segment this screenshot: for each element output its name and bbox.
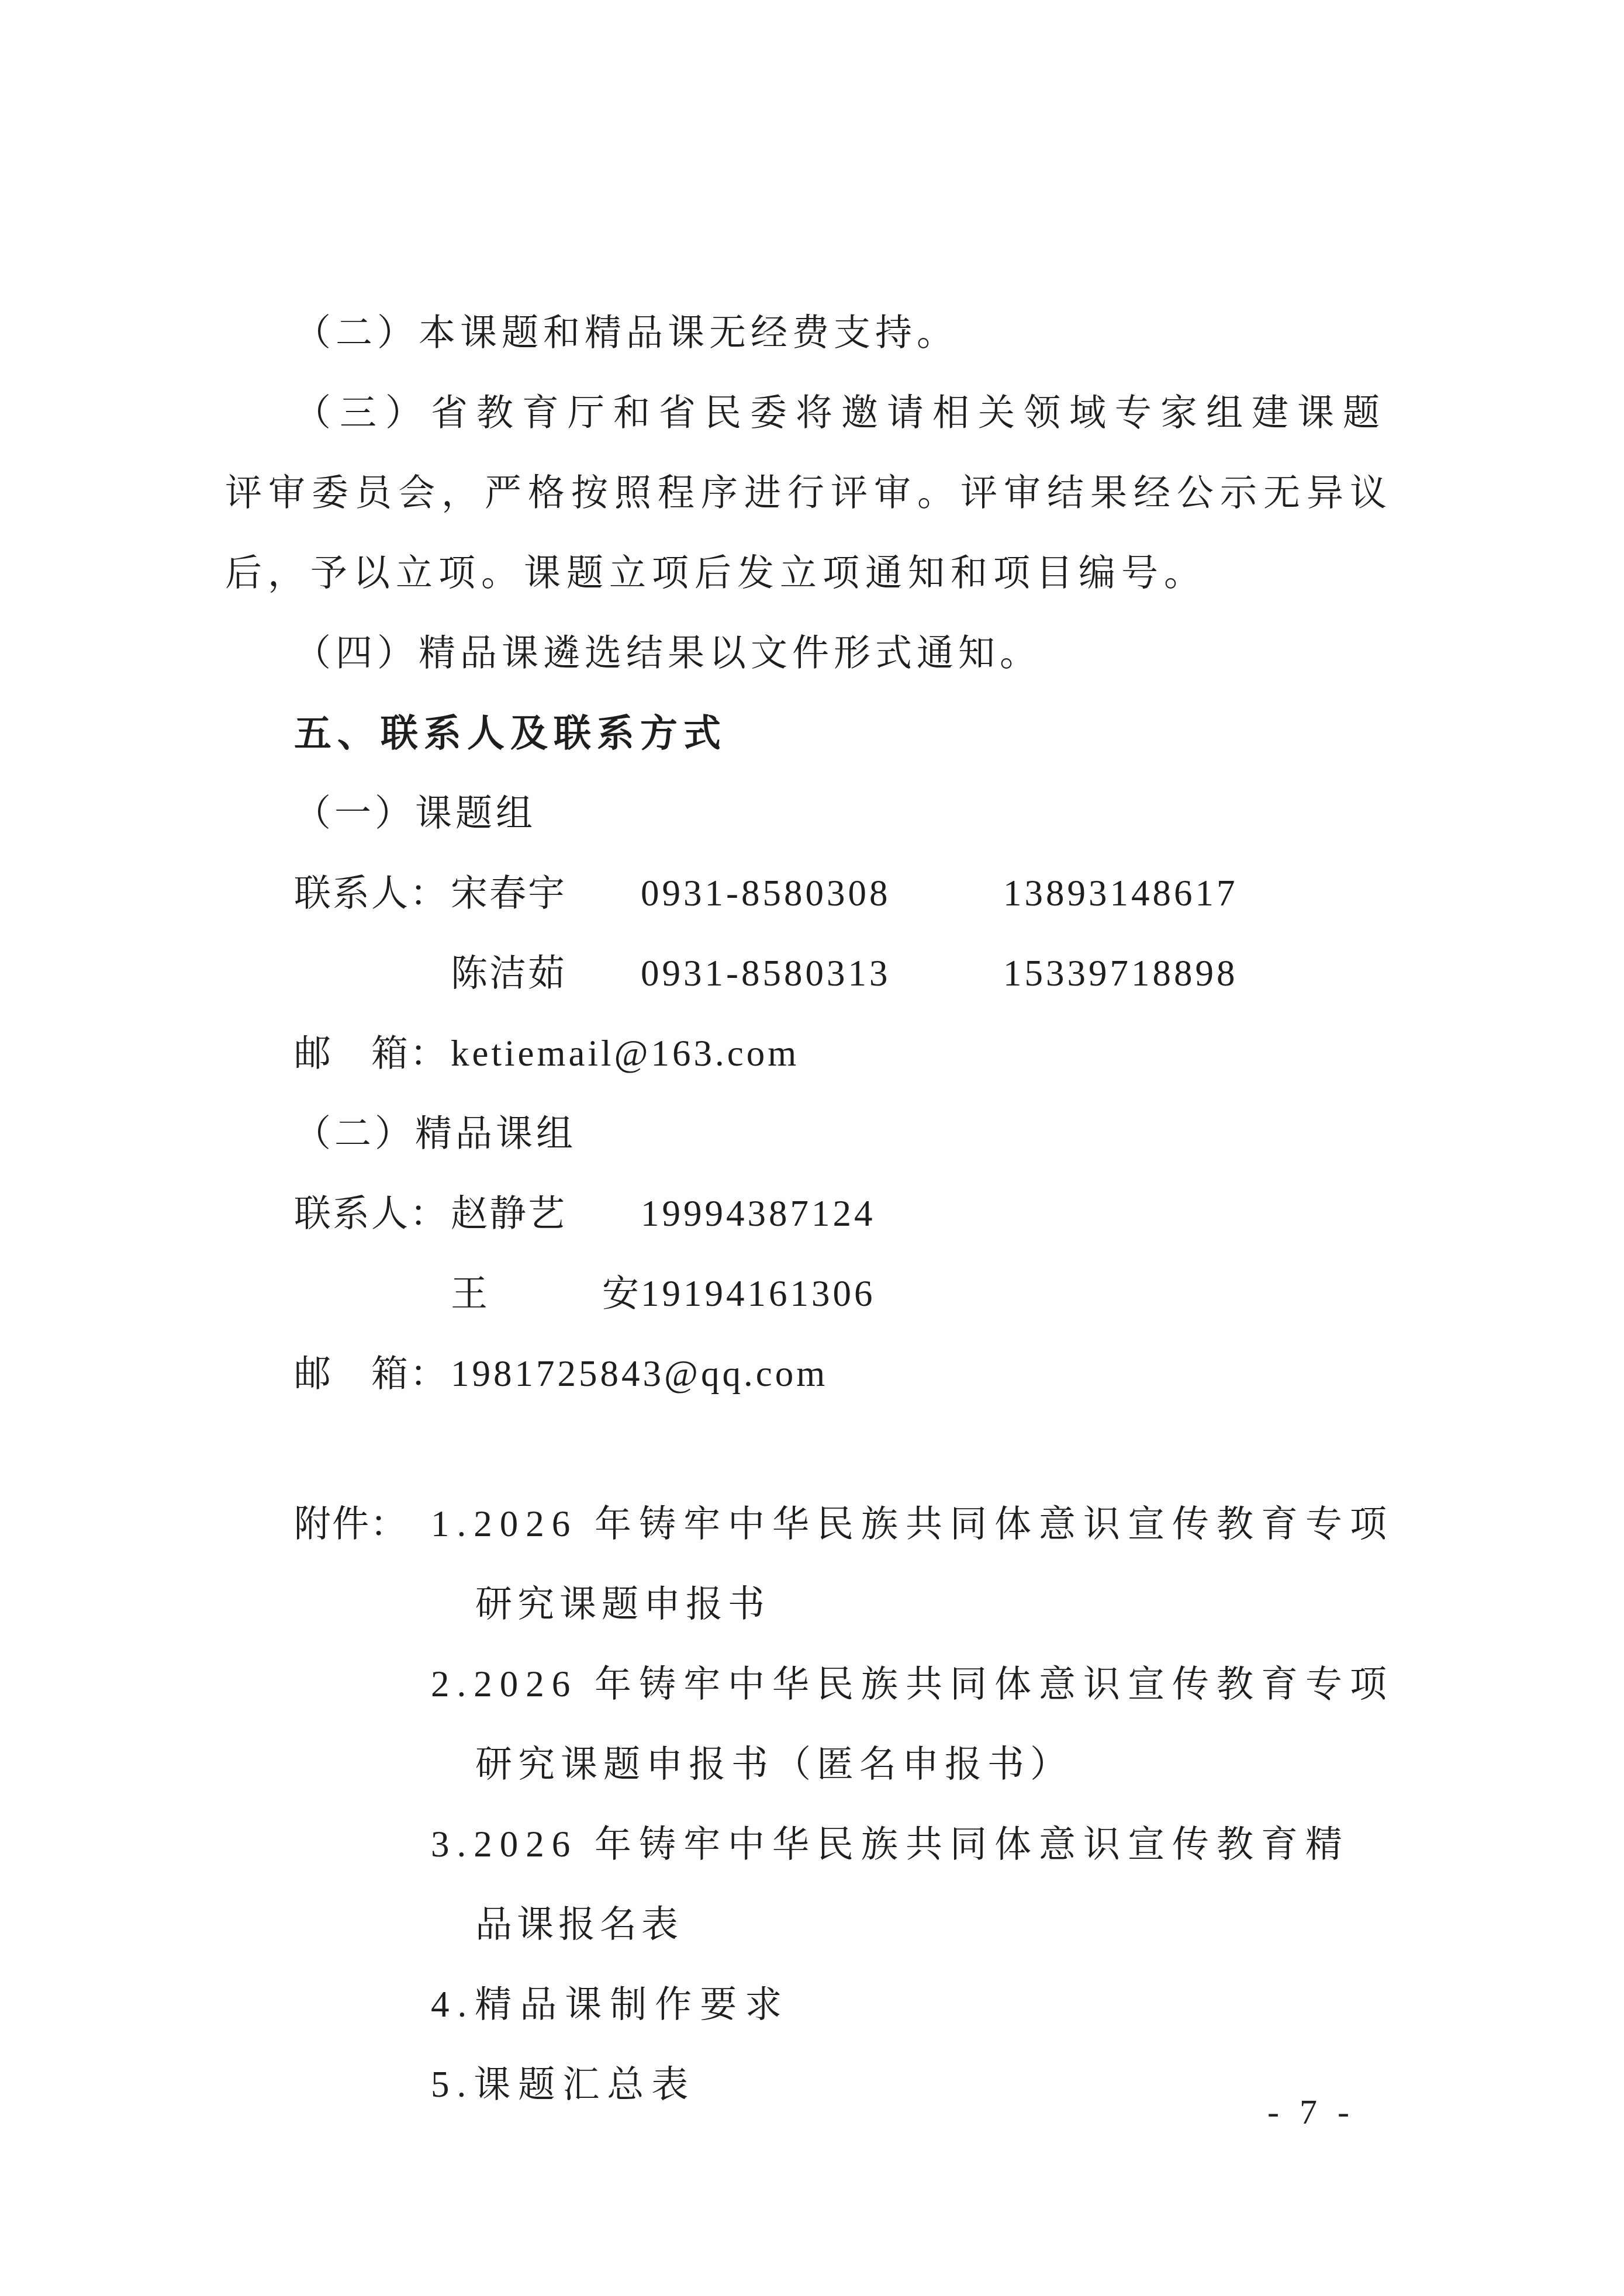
contact-name: 陈洁茹 [451, 933, 641, 1014]
email-address: 1981725843@qq.com [451, 1334, 828, 1414]
contact-phone: 19994387124 [641, 1174, 1003, 1254]
para-item-3-line-3: 后，予以立项。课题立项后发立项通知和项目编号。 [225, 533, 1402, 613]
attachment-item-5: 5.课题汇总表 [225, 2045, 1402, 2125]
para-item-3-line-2: 评审委员会，严格按照程序进行评审。评审结果经公示无异议 [225, 453, 1402, 533]
para-item-2: （二）本课题和精品课无经费支持。 [225, 293, 1402, 373]
contact-phone: 0931-8580313 [641, 933, 1003, 1014]
attachment-item-3-line-2: 品课报名表 [225, 1884, 1402, 1965]
attachment-item-2-line-2: 研究课题申报书（匿名申报书） [225, 1724, 1402, 1804]
para-item-3-line-1: （三）省教育厅和省民委将邀请相关领域专家组建课题 [225, 373, 1402, 453]
section-5-heading: 五、联系人及联系方式 [225, 693, 1402, 773]
contact-row-chen: 陈洁茹0931-858031315339718898 [225, 933, 1402, 1014]
page-number: - 7 - [1267, 2091, 1355, 2132]
contact-name: 王 安 [451, 1254, 641, 1334]
contact-mobile: 15339718898 [1003, 933, 1238, 1014]
email-label: 邮 箱： [294, 1334, 451, 1414]
attachment-item-4: 4.精品课制作要求 [225, 1965, 1402, 2045]
attachments-label: 附件： [294, 1484, 431, 1564]
attachment-item-1-line-2: 研究课题申报书 [225, 1564, 1402, 1644]
email-row-group-1: 邮 箱：ketiemail@163.com [225, 1014, 1402, 1094]
group-1-title: （一）课题组 [225, 773, 1402, 853]
contact-phone: 0931-8580308 [641, 853, 1003, 933]
contact-row-song: 联系人：宋春宇0931-858030813893148617 [225, 853, 1402, 933]
para-item-4: （四）精品课遴选结果以文件形式通知。 [225, 613, 1402, 693]
document-page: （二）本课题和精品课无经费支持。 （三）省教育厅和省民委将邀请相关领域专家组建课… [0, 0, 1624, 2296]
attachments-line-1: 附件：1.2026 年铸牢中华民族共同体意识宣传教育专项 [225, 1484, 1402, 1564]
contact-row-zhao: 联系人：赵静艺19994387124 [225, 1174, 1402, 1254]
contact-person-label: 联系人： [294, 1174, 451, 1254]
group-2-title: （二）精品课组 [225, 1094, 1402, 1174]
contact-person-label: 联系人： [294, 853, 451, 933]
section-spacer [225, 1414, 1402, 1484]
email-label: 邮 箱： [294, 1014, 451, 1094]
contact-phone: 19194161306 [641, 1254, 1003, 1334]
contact-name: 宋春宇 [451, 853, 641, 933]
email-row-group-2: 邮 箱：1981725843@qq.com [225, 1334, 1402, 1414]
email-address: ketiemail@163.com [451, 1014, 799, 1094]
attachment-item-1-line-1: 1.2026 年铸牢中华民族共同体意识宣传教育专项 [431, 1503, 1394, 1544]
contact-mobile: 13893148617 [1003, 853, 1238, 933]
document-body: （二）本课题和精品课无经费支持。 （三）省教育厅和省民委将邀请相关领域专家组建课… [0, 0, 1624, 2125]
attachment-item-3-line-1: 3.2026 年铸牢中华民族共同体意识宣传教育精 [225, 1804, 1402, 1884]
attachment-item-2-line-1: 2.2026 年铸牢中华民族共同体意识宣传教育专项 [225, 1644, 1402, 1724]
contact-row-wang: 王 安19194161306 [225, 1254, 1402, 1334]
contact-name: 赵静艺 [451, 1174, 641, 1254]
